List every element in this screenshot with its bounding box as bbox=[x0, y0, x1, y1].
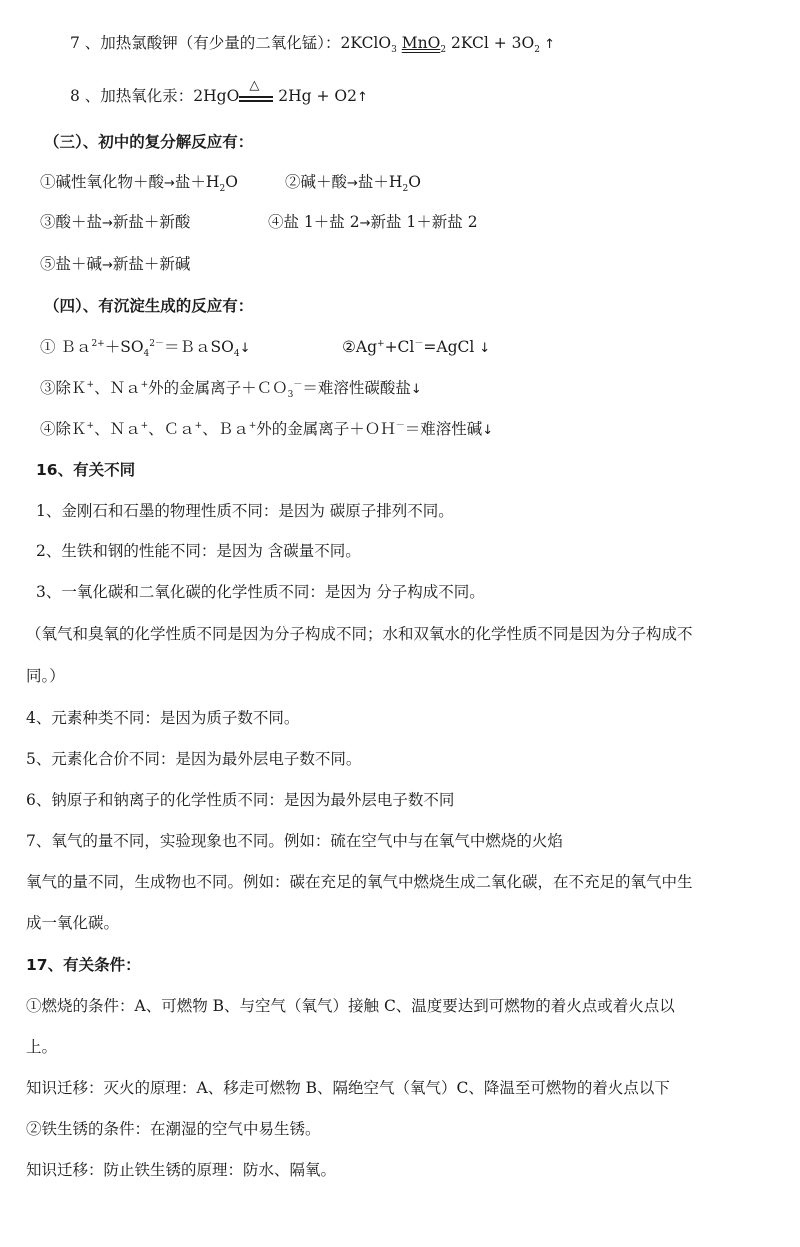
difference-line-continued: 成一氧化碳。 bbox=[26, 913, 119, 933]
section-heading-conditions: 17、有关条件： bbox=[26, 955, 141, 975]
condition-line-continued: 上。 bbox=[26, 1037, 57, 1057]
reaction-5: ⑤盐＋碱→新盐＋新碱 bbox=[40, 254, 190, 276]
section-heading-double-decomposition: （三）、初中的复分解反应有： bbox=[44, 132, 253, 152]
precipitate-down-arrow-icon: ↓ bbox=[479, 341, 490, 356]
equation-potassium-chlorate: 7 、加热氯酸钾（有少量的二氧化锰）：2KClO3 MnO2 2KCl + 3O… bbox=[70, 33, 555, 55]
precipitate-down-arrow-icon: ↓ bbox=[411, 382, 422, 397]
precipitate-down-arrow-icon: ↓ bbox=[482, 423, 493, 438]
precipitate-reaction-2: ②Ag++Cl－=AgCl ↓ bbox=[342, 337, 490, 359]
difference-line: 3、一氧化碳和二氧化碳的化学性质不同：是因为 分子构成不同。 bbox=[36, 582, 485, 602]
heat-condition-equals: △ bbox=[239, 90, 273, 104]
precipitate-reaction-1: ① Ｂａ2+＋SO42－＝ＢａSO4↓ bbox=[40, 337, 250, 359]
condition-line: ②铁生锈的条件：在潮湿的空气中易生锈。 bbox=[26, 1119, 321, 1139]
equation-text: 7 、加热氯酸钾（有少量的二氧化锰）：2KClO bbox=[70, 34, 391, 52]
equation-mercury-oxide: 8 、加热氧化汞：2HgO△ 2Hg + O2↑ bbox=[70, 86, 368, 108]
reaction-2: ②碱＋酸→盐＋H2O bbox=[285, 172, 421, 194]
difference-note: （氧气和臭氧的化学性质不同是因为分子构成不同；水和双氧水的化学性质不同是因为分子… bbox=[26, 624, 693, 644]
equation-text: 2KCl + 3O bbox=[446, 34, 534, 52]
knowledge-transfer-line: 知识迁移：防止铁生锈的原理：防水、隔氧。 bbox=[26, 1160, 336, 1180]
precipitate-down-arrow-icon: ↓ bbox=[240, 341, 251, 356]
subscript: 3 bbox=[391, 45, 397, 55]
condition-line: ①燃烧的条件：A、可燃物 B、与空气（氧气）接触 C、温度要达到可燃物的着火点或… bbox=[26, 996, 675, 1016]
knowledge-transfer-line: 知识迁移：灭火的原理：A、移走可燃物 B、隔绝空气（氧气）C、降温至可燃物的着火… bbox=[26, 1078, 670, 1098]
arrow-icon: → bbox=[360, 216, 371, 231]
catalyst-label: MnO2 bbox=[402, 33, 446, 53]
difference-line: 氧气的量不同，生成物也不同。例如：碳在充足的氧气中燃烧生成二氧化碳，在不充足的氧… bbox=[26, 872, 693, 892]
reaction-3: ③酸＋盐→新盐＋新酸 bbox=[40, 212, 190, 234]
section-heading-precipitate: （四）、有沉淀生成的反应有： bbox=[44, 296, 253, 316]
difference-line: 1、金刚石和石墨的物理性质不同：是因为 碳原子排列不同。 bbox=[36, 501, 454, 521]
arrow-icon: → bbox=[102, 258, 113, 273]
precipitate-reaction-4: ④除Ｋ+、Ｎａ+、Ｃａ+、Ｂａ+外的金属离子＋ＯＨ－＝难溶性碱↓ bbox=[40, 419, 493, 441]
arrow-icon: → bbox=[102, 216, 113, 231]
reaction-4: ④盐 1＋盐 2→新盐 1＋新盐 2 bbox=[268, 212, 478, 234]
equation-text: 2Hg + O2 bbox=[273, 87, 357, 105]
difference-line: 6、钠原子和钠离子的化学性质不同：是因为最外层电子数不同 bbox=[26, 790, 454, 810]
heat-triangle-icon: △ bbox=[249, 76, 259, 96]
gas-up-arrow-icon: ↑ bbox=[540, 37, 555, 52]
section-heading-differences: 16、有关不同 bbox=[36, 460, 135, 480]
arrow-icon: → bbox=[164, 176, 175, 191]
precipitate-reaction-3: ③除Ｋ+、Ｎａ+外的金属离子＋ＣＯ3－＝难溶性碳酸盐↓ bbox=[40, 378, 422, 400]
difference-line: 5、元素化合价不同：是因为最外层电子数不同。 bbox=[26, 749, 361, 769]
arrow-icon: → bbox=[347, 176, 358, 191]
difference-note-continued: 同。） bbox=[26, 666, 65, 686]
difference-line: 7、氧气的量不同，实验现象也不同。例如：硫在空气中与在氧气中燃烧的火焰 bbox=[26, 831, 563, 851]
gas-up-arrow-icon: ↑ bbox=[357, 90, 368, 105]
difference-line: 2、生铁和钢的性能不同：是因为 含碳量不同。 bbox=[36, 541, 361, 561]
difference-line: 4、元素种类不同：是因为质子数不同。 bbox=[26, 708, 299, 728]
equation-text: 8 、加热氧化汞：2HgO bbox=[70, 87, 239, 105]
reaction-1: ①碱性氧化物＋酸→盐＋H2O bbox=[40, 172, 238, 194]
